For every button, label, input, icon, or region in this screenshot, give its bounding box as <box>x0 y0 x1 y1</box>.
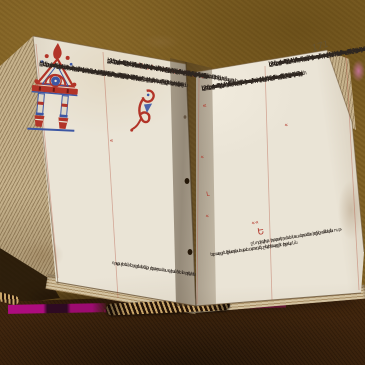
magenta-cloth-corner <box>352 60 365 82</box>
red-ink-mark: « <box>200 154 205 161</box>
red-ink-mark: «« <box>251 220 259 227</box>
manuscript-photo: նմա պարհմ ւթղո մհնր բզմււ մհնո պրհզգիր ս… <box>0 0 365 365</box>
red-ink-mark: Ե <box>257 228 265 238</box>
paper-stain <box>140 34 180 50</box>
magenta-cloth <box>8 303 106 314</box>
red-ink-mark: « <box>109 138 114 145</box>
red-ink-mark: « <box>202 102 207 110</box>
red-ink-mark: « <box>284 122 289 129</box>
red-ink-mark: « <box>205 213 210 220</box>
paper-stain <box>20 240 64 270</box>
